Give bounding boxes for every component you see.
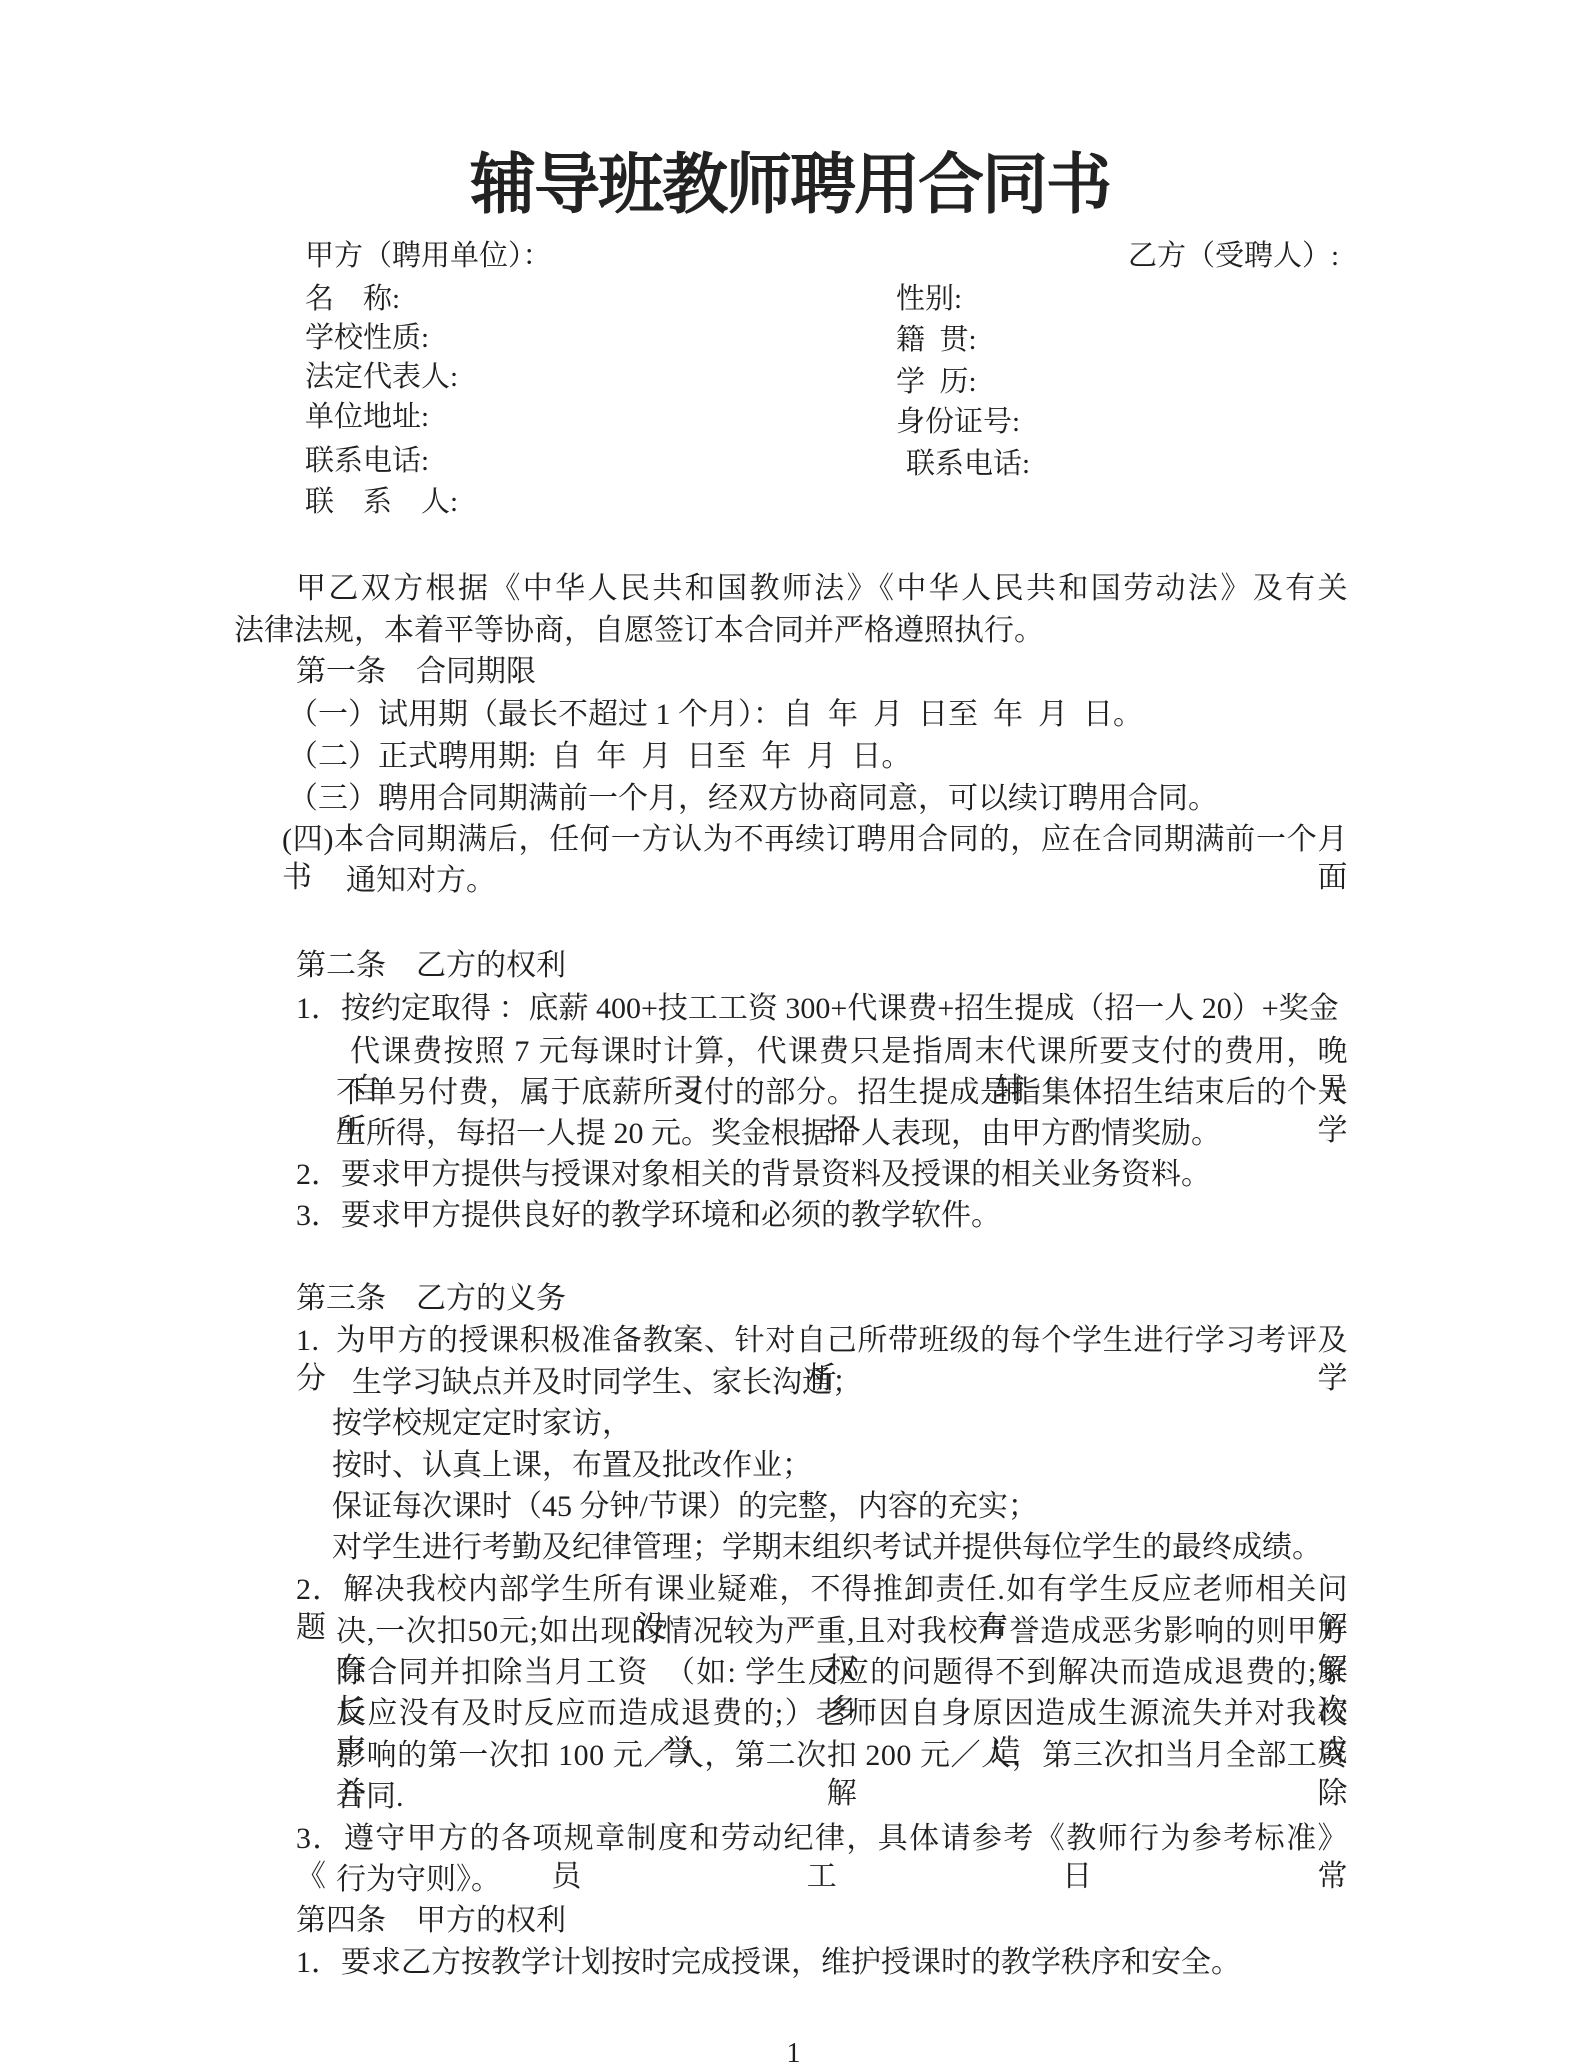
form-label: 籍 贯: [896, 322, 977, 358]
text-line: （一）试用期（最长不超过 1 个月）：自 年 月 日至 年 月 日。 [288, 696, 1143, 734]
form-label: 性别: [896, 281, 962, 317]
form-label: 学 历: [896, 364, 977, 400]
text-line: 1．按约定取得 ：底薪 400+技工工资 300+代课费+招生提成（招一人 20… [296, 990, 1339, 1028]
text-line: 合同. [336, 1778, 404, 1816]
text-line: 保证每次课时（45 分钟/节课）的完整，内容的充实； [332, 1488, 1038, 1526]
text-line: （二）正式聘用期: 自 年 月 日至 年 月 日。 [288, 738, 911, 776]
text-line: 第四条 甲方的权利 [296, 1902, 566, 1940]
document-page: 辅导班教师聘用合同书 甲方（聘用单位）：名 称:学校性质:法定代表人:单位地址:… [0, 0, 1587, 2068]
text-line: 通知对方。 [346, 862, 496, 900]
text-line: 第二条 乙方的权利 [296, 947, 566, 985]
form-label: 乙方（受聘人）: [1128, 238, 1339, 274]
text-line: 法律法规，本着平等协商，自愿签订本合同并严格遵照执行。 [234, 612, 1044, 650]
text-line: 按学校规定定时家访， [332, 1405, 632, 1443]
text-line: 对学生进行考勤及纪律管理；学期末组织考试并提供每位学生的最终成绩。 [332, 1529, 1322, 1567]
form-label: 联系电话: [906, 446, 1030, 482]
page-number: 1 [0, 2038, 1587, 2068]
text-line: 3．要求甲方提供良好的教学环境和必须的教学软件。 [296, 1197, 1001, 1235]
form-label: 联系电话: [305, 443, 429, 479]
form-label: 身份证号: [896, 404, 1020, 440]
form-label: 联 系 人: [305, 484, 458, 520]
text-line: （三）聘用合同期满前一个月，经双方协商同意，可以续订聘用合同。 [288, 780, 1218, 818]
text-line: 生学习缺点并及时同学生、家长沟通； [352, 1364, 862, 1402]
document-title: 辅导班教师聘用合同书 [470, 150, 1110, 223]
text-line: 1．要求乙方按教学计划按时完成授课，维护授课时的教学秩序和安全。 [296, 1944, 1241, 1982]
text-line: 甲乙双方根据《中华人民共和国教师法》《中华人民共和国劳动法》及有关 [296, 570, 1348, 608]
text-line: 第一条 合同期限 [296, 653, 536, 691]
text-line: 2．要求甲方提供与授课对象相关的背景资料及授课的相关业务资料。 [296, 1156, 1211, 1194]
text-line: 第三条 乙方的义务 [296, 1280, 566, 1318]
form-label: 甲方（聘用单位）： [305, 238, 552, 274]
text-line: 生所得，每招一人提 20 元。奖金根据个人表现，由甲方酌情奖励。 [336, 1115, 1221, 1153]
text-line: 按时、认真上课，布置及批改作业； [332, 1447, 812, 1485]
text-line: 影响的第一次扣 100 元／人，第二次扣 200 元／人，第三次扣当月全部工资并… [336, 1737, 1348, 1812]
text-line: 行为守则》。 [336, 1861, 501, 1899]
form-label: 学校性质: [305, 320, 429, 356]
form-label: 法定代表人: [305, 359, 458, 395]
form-label: 名 称: [305, 281, 400, 317]
form-label: 单位地址: [305, 399, 429, 435]
